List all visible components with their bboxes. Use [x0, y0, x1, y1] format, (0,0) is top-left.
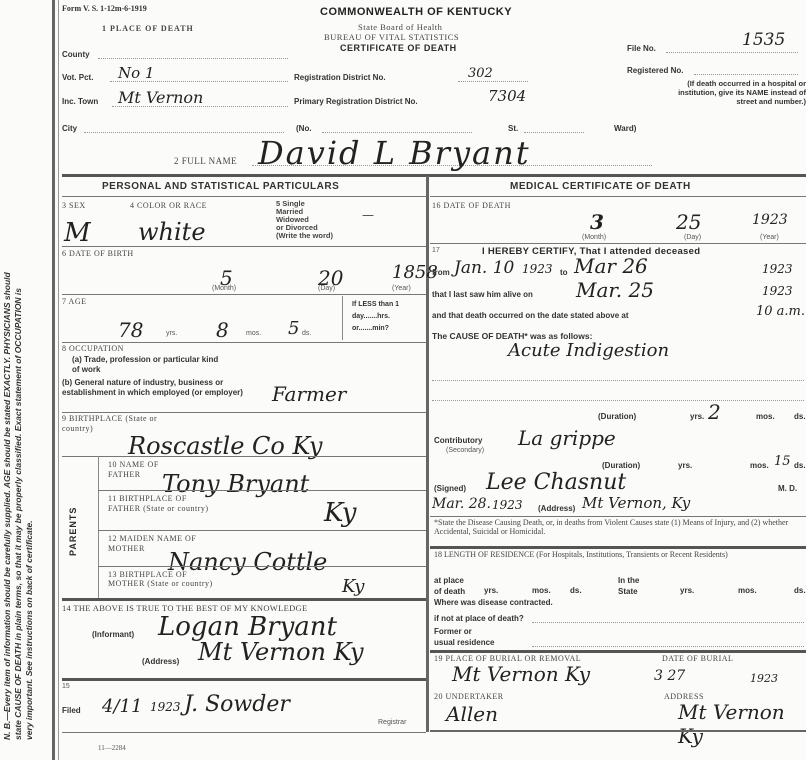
place-of-death-label: 1 PLACE OF DEATH: [102, 24, 194, 33]
marital-label: 5 Single Married Widowed or Divorced (Wr…: [276, 200, 333, 240]
registered-no-line: [694, 74, 798, 75]
margin-line-3: very important. See instructions on back…: [24, 20, 35, 740]
duration2-ds-label: ds.: [794, 461, 806, 470]
contributory-label: Contributory: [434, 436, 482, 445]
to-label: to: [560, 268, 568, 277]
certificate-title: CERTIFICATE OF DEATH: [340, 43, 457, 53]
age-days: 5: [288, 318, 299, 339]
duration-yrs-value: 2: [708, 400, 721, 424]
border-left: [52, 0, 55, 760]
column-divider: [426, 176, 429, 732]
rule: [98, 530, 426, 531]
file-no-line: [666, 52, 798, 53]
last-saw-label: that I last saw him alive on: [432, 290, 533, 299]
dob-month-label: (Month): [212, 285, 236, 292]
former-residence-line: [532, 646, 804, 647]
signed-label: (Signed): [434, 484, 466, 493]
sex-value: M: [64, 218, 91, 248]
certificate-form: Form V. S. 1-12m-6-1919 1 PLACE OF DEATH…: [62, 0, 806, 760]
registered-no-label: Registered No.: [627, 66, 683, 75]
burial-place-value: Mt Vernon Ky: [452, 662, 590, 686]
rule: [62, 196, 426, 197]
signed-address-label: (Address): [538, 504, 575, 513]
rule: [430, 516, 806, 517]
filed-num: 15: [62, 683, 70, 690]
mother-birthplace-label: 13 BIRTHPLACE OF MOTHER (State or countr…: [108, 570, 218, 588]
dob-year-label: (Year): [392, 285, 411, 292]
reg-district-label: Registration District No.: [294, 73, 386, 82]
state-yrs: yrs.: [680, 586, 694, 595]
burial-date-label: DATE OF BURIAL: [662, 654, 733, 663]
ward-label: Ward): [614, 124, 636, 133]
from-label: from: [432, 268, 450, 277]
former-residence-label: Former or usual residence: [434, 626, 494, 648]
sex-label: 3 SEX: [62, 201, 86, 210]
duration-ds-label: ds.: [794, 412, 806, 421]
informant-separator: [62, 678, 426, 681]
rule: [98, 566, 426, 567]
color-value: white: [138, 218, 206, 246]
age-divider: [342, 296, 343, 340]
margin-line-2: state CAUSE OF DEATH in plain terms, so …: [13, 20, 24, 740]
duration2-yrs-label: yrs.: [678, 461, 692, 470]
father-birthplace-label: 11 BIRTHPLACE OF FATHER (State or countr…: [108, 494, 218, 514]
informant-label: (Informant): [92, 630, 134, 639]
state-ds: ds.: [794, 586, 806, 595]
undertaker-address-value: Mt Vernon Ky: [678, 700, 806, 748]
street-line: [524, 132, 584, 133]
vot-pct-value: No 1: [118, 64, 154, 82]
duration2-mos-label: mos.: [750, 461, 769, 470]
age-mos-label: mos.: [246, 330, 261, 337]
duration2-ds-value: 15: [774, 454, 791, 469]
rule: [430, 243, 806, 244]
burial-year: 1923: [750, 672, 778, 685]
occupation-b: (b) General nature of industry, business…: [62, 378, 272, 398]
birthplace-label: 9 BIRTHPLACE (State or country): [62, 414, 172, 434]
duration-label: (Duration): [598, 412, 636, 421]
last-saw-year: 1923: [762, 284, 793, 298]
street-no-line: [322, 132, 472, 133]
cause-line-2: [432, 400, 804, 401]
color-label: 4 COLOR OR RACE: [130, 201, 207, 210]
vot-pct-label: Vot. Pct.: [62, 73, 93, 82]
death-year: 1923: [752, 212, 788, 228]
res-mos: mos.: [532, 586, 551, 595]
rule: [62, 456, 426, 457]
city-line: [84, 132, 284, 133]
occurred-value: 10 a.m.: [756, 304, 805, 319]
border-left-inner: [58, 0, 59, 760]
bureau-vital-statistics: BUREAU OF VITAL STATISTICS: [324, 32, 459, 42]
to-value: Mar 26: [574, 254, 648, 278]
parents-divider: [98, 456, 99, 598]
certify-num: 17: [432, 247, 440, 254]
date-death-label: 16 DATE OF DEATH: [432, 201, 511, 210]
header-separator: [62, 174, 806, 177]
medical-section-title: MEDICAL CERTIFICATE OF DEATH: [510, 181, 691, 192]
inc-town-value: Mt Vernon: [118, 88, 203, 107]
rule: [430, 196, 806, 197]
contracted-label: Where was disease contracted.: [434, 598, 553, 607]
file-no-value: 1535: [742, 30, 785, 50]
occupation-label: 8 OCCUPATION: [62, 344, 124, 353]
file-no-label: File No.: [627, 44, 656, 53]
reg-district-value: 302: [468, 66, 493, 81]
secondary-label: (Secondary): [446, 447, 484, 454]
registrar-name: J. Sowder: [184, 692, 290, 717]
rule: [430, 730, 806, 732]
age-yrs-label: yrs.: [166, 330, 177, 337]
reg-district-line: [458, 81, 528, 82]
medical-separator: [430, 546, 806, 549]
death-day-label: (Day): [684, 234, 701, 241]
contributory-value: La grippe: [518, 426, 616, 450]
less-than-day: If LESS than 1 day.......hrs. or.......m…: [352, 299, 424, 335]
rule: [62, 342, 426, 343]
residence-label: 18 LENGTH OF RESIDENCE (For Hospitals, I…: [434, 550, 806, 560]
duration-yrs-label: yrs.: [690, 412, 704, 421]
parents-separator: [62, 598, 426, 601]
age-months: 8: [216, 318, 229, 342]
death-month: 3: [590, 210, 604, 234]
not-at-place-label: if not at place of death?: [434, 614, 524, 623]
county-line: [98, 58, 288, 59]
filed-label: Filed: [62, 706, 81, 715]
death-month-label: (Month): [582, 234, 606, 241]
md-label: M. D.: [778, 484, 797, 493]
cause-footnote: *State the Disease Causing Death, or, in…: [434, 518, 806, 536]
death-year-label: (Year): [760, 234, 779, 241]
duration2-label: (Duration): [602, 461, 640, 470]
filed-date: 4/11: [102, 696, 142, 717]
res-yrs: yrs.: [484, 586, 498, 595]
undertaker-value: Allen: [446, 702, 498, 726]
street-no-label: (No.: [296, 124, 312, 133]
dob-day-label: (Day): [318, 285, 335, 292]
signed-address-value: Mt Vernon, Ky: [582, 494, 690, 512]
from-year: 1923: [522, 262, 553, 276]
occurred-label: and that death occurred on the date stat…: [432, 311, 628, 320]
res-ds: ds.: [570, 586, 582, 595]
footer-code: 11—2284: [98, 744, 126, 752]
age-label: 7 AGE: [62, 297, 87, 306]
undertaker-label: 20 UNDERTAKER: [434, 692, 504, 701]
contracted-line: [532, 622, 804, 623]
mother-birthplace-value: Ky: [342, 576, 364, 597]
from-value: Jan. 10: [454, 258, 514, 278]
address-label: (Address): [142, 657, 179, 666]
personal-section-title: PERSONAL AND STATISTICAL PARTICULARS: [102, 181, 339, 192]
at-place-label: at place of death: [434, 575, 465, 597]
dob-label: 6 DATE OF BIRTH: [62, 249, 134, 258]
street-label: St.: [508, 124, 518, 133]
form-number: Form V. S. 1-12m-6-1919: [62, 4, 147, 13]
age-years: 78: [118, 318, 143, 342]
rule: [98, 490, 426, 491]
rule: [62, 732, 426, 733]
city-label: City: [62, 124, 77, 133]
in-state-label: In the State: [618, 575, 639, 597]
to-year: 1923: [762, 262, 793, 276]
dob-year: 1858: [392, 262, 438, 283]
marital-value: —: [362, 208, 374, 222]
cause-line-1: [432, 380, 804, 381]
rule: [62, 294, 426, 295]
full-name-value: David L Bryant: [258, 134, 531, 172]
inc-town-label: Inc. Town: [62, 97, 98, 106]
signed-date: Mar. 28.: [432, 496, 491, 512]
cause-value: Acute Indigestion: [508, 340, 669, 361]
rule: [62, 246, 426, 247]
margin-instructions: N. B.—Every item of information should b…: [2, 20, 46, 740]
parents-label: PARENTS: [68, 507, 78, 556]
father-birthplace-value: Ky: [324, 498, 356, 528]
death-day: 25: [676, 210, 701, 234]
residence-separator: [430, 650, 806, 653]
occupation-a: (a) Trade, profession or particular kind…: [72, 355, 222, 375]
last-saw-value: Mar. 25: [576, 278, 654, 302]
board-of-health: State Board of Health: [358, 22, 442, 32]
margin-line-1: N. B.—Every item of information should b…: [2, 20, 13, 740]
state-mos: mos.: [738, 586, 757, 595]
signed-year: 1923: [492, 498, 523, 512]
rule: [62, 412, 426, 413]
hospital-note: (If death occurred in a hospital or inst…: [666, 79, 806, 106]
duration-mos-label: mos.: [756, 412, 775, 421]
full-name-label: 2 FULL NAME: [174, 156, 237, 166]
primary-reg-label: Primary Registration District No.: [294, 97, 418, 106]
occupation-value: Farmer: [272, 382, 346, 406]
registrar-label: Registrar: [378, 719, 406, 726]
burial-date-value: 3 27: [654, 668, 685, 684]
age-ds-label: ds.: [302, 330, 311, 337]
commonwealth-title: COMMONWEALTH OF KENTUCKY: [320, 6, 512, 18]
signed-value: Lee Chasnut: [486, 470, 626, 495]
primary-reg-value: 7304: [488, 87, 526, 105]
county-label: County: [62, 50, 90, 59]
death-certificate: N. B.—Every item of information should b…: [0, 0, 806, 760]
filed-year: 1923: [150, 700, 181, 714]
address-value: Mt Vernon Ky: [198, 638, 364, 666]
